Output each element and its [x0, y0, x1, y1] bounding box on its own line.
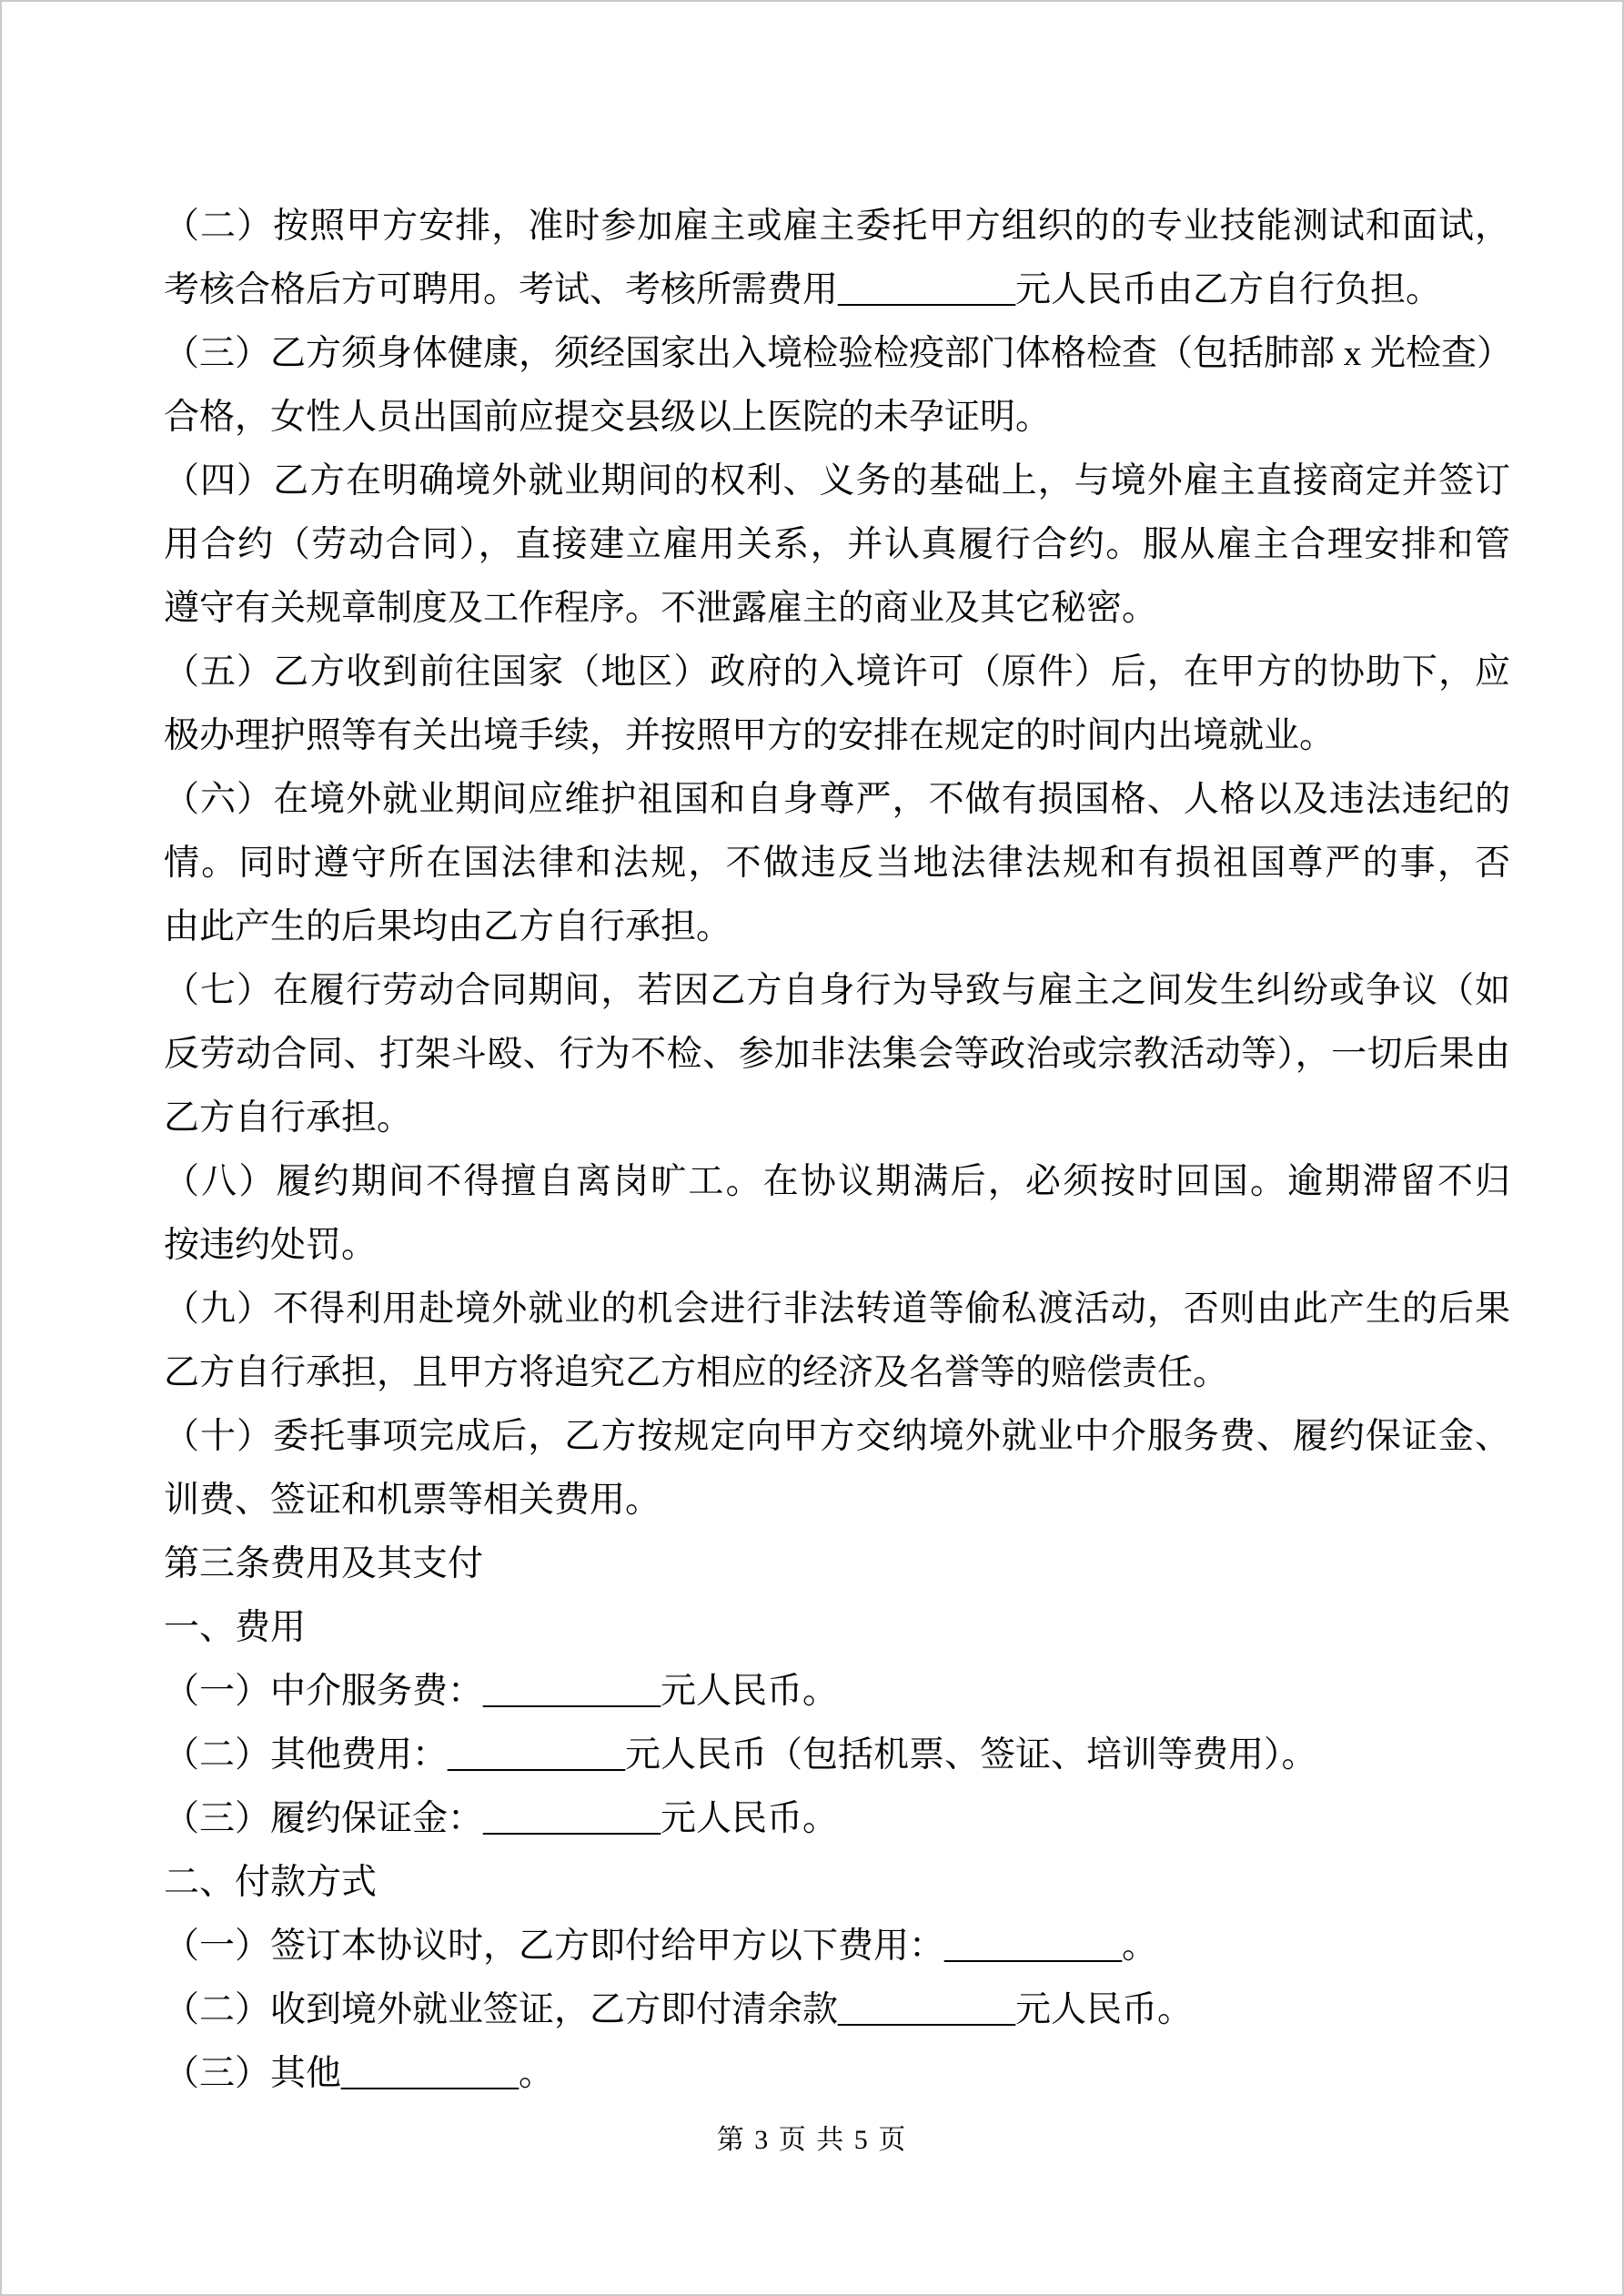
payment-item-3: （三）其他__________。	[164, 2042, 1510, 2106]
text-line: 情。同时遵守所在国法律和法规，不做违反当地法律法规和有损祖国尊严的事，否则，	[164, 832, 1510, 895]
text-line: （六）在境外就业期间应维护祖国和自身尊严，不做有损国格、人格以及违法违纪的事	[164, 768, 1510, 832]
fee-item-2: （二）其他费用：__________元人民币（包括机票、签证、培训等费用）。	[164, 1724, 1510, 1787]
clause-6: （六）在境外就业期间应维护祖国和自身尊严，不做有损国格、人格以及违法违纪的事情。…	[164, 768, 1510, 959]
text-line: 第三条费用及其支付	[164, 1532, 1510, 1596]
text-line: （三）其他__________。	[164, 2042, 1510, 2106]
fee-item-1: （一）中介服务费：__________元人民币。	[164, 1660, 1510, 1724]
clause-5: （五）乙方收到前往国家（地区）政府的入境许可（原件）后，在甲方的协助下，应积极办…	[164, 641, 1510, 768]
text-line: （一）签订本协议时，乙方即付给甲方以下费用：__________。	[164, 1915, 1510, 1978]
text-line: 遵守有关规章制度及工作程序。不泄露雇主的商业及其它秘密。	[164, 577, 1510, 641]
text-line: 反劳动合同、打架斗殴、行为不检、参加非法集会等政治或宗教活动等），一切后果由	[164, 1023, 1510, 1087]
text-line: 二、付款方式	[164, 1851, 1510, 1915]
contract-page: （二）按照甲方安排，准时参加雇主或雇主委托甲方组织的的专业技能测试和面试，经考核…	[0, 0, 1624, 2296]
clause-3: （三）乙方须身体健康，须经国家出入境检验检疫部门体格检查（包括肺部 x 光检查）…	[164, 322, 1510, 450]
payment-item-2: （二）收到境外就业签证，乙方即付清余款__________元人民币。	[164, 1978, 1510, 2042]
section-1-fees-heading: 一、费用	[164, 1596, 1510, 1660]
clause-7: （七）在履行劳动合同期间，若因乙方自身行为导致与雇主之间发生纠纷或争议（如违反劳…	[164, 959, 1510, 1150]
payment-item-1: （一）签订本协议时，乙方即付给甲方以下费用：__________。	[164, 1915, 1510, 1978]
text-line: （三）履约保证金：__________元人民币。	[164, 1787, 1510, 1851]
text-line: （四）乙方在明确境外就业期间的权利、义务的基础上，与境外雇主直接商定并签订雇	[164, 450, 1510, 513]
text-line: （七）在履行劳动合同期间，若因乙方自身行为导致与雇主之间发生纠纷或争议（如违	[164, 959, 1510, 1023]
page-number: 第 3 页 共 5 页	[2, 2122, 1622, 2159]
text-line: （二）其他费用：__________元人民币（包括机票、签证、培训等费用）。	[164, 1724, 1510, 1787]
clause-2: （二）按照甲方安排，准时参加雇主或雇主委托甲方组织的的专业技能测试和面试，经考核…	[164, 195, 1510, 322]
text-line: 极办理护照等有关出境手续，并按照甲方的安排在规定的时间内出境就业。	[164, 704, 1510, 768]
text-line: 一、费用	[164, 1596, 1510, 1660]
section-2-payment-heading: 二、付款方式	[164, 1851, 1510, 1915]
text-line: 由此产生的后果均由乙方自行承担。	[164, 895, 1510, 959]
text-line: （十）委托事项完成后，乙方按规定向甲方交纳境外就业中介服务费、履约保证金、培	[164, 1405, 1510, 1469]
text-line: （二）收到境外就业签证，乙方即付清余款__________元人民币。	[164, 1978, 1510, 2042]
text-line: 考核合格后方可聘用。考试、考核所需费用__________元人民币由乙方自行负担…	[164, 258, 1510, 322]
text-line: 训费、签证和机票等相关费用。	[164, 1469, 1510, 1532]
text-line: 用合约（劳动合同），直接建立雇用关系，并认真履行合约。服从雇主合理安排和管理，	[164, 513, 1510, 577]
text-line: （九）不得利用赴境外就业的机会进行非法转道等偷私渡活动，否则由此产生的后果由	[164, 1278, 1510, 1341]
document-body: （二）按照甲方安排，准时参加雇主或雇主委托甲方组织的的专业技能测试和面试，经考核…	[164, 195, 1510, 2106]
text-line: 乙方自行承担，且甲方将追究乙方相应的经济及名誉等的赔偿责任。	[164, 1341, 1510, 1405]
article-3-heading: 第三条费用及其支付	[164, 1532, 1510, 1596]
text-line: 按违约处罚。	[164, 1214, 1510, 1278]
text-line: （八）履约期间不得擅自离岗旷工。在协议期满后，必须按时回国。逾期滞留不归者，	[164, 1150, 1510, 1214]
text-line: （二）按照甲方安排，准时参加雇主或雇主委托甲方组织的的专业技能测试和面试，经	[164, 195, 1510, 258]
text-line: （五）乙方收到前往国家（地区）政府的入境许可（原件）后，在甲方的协助下，应积	[164, 641, 1510, 704]
clause-4: （四）乙方在明确境外就业期间的权利、义务的基础上，与境外雇主直接商定并签订雇用合…	[164, 450, 1510, 641]
text-line: （一）中介服务费：__________元人民币。	[164, 1660, 1510, 1724]
fee-item-3: （三）履约保证金：__________元人民币。	[164, 1787, 1510, 1851]
clause-10: （十）委托事项完成后，乙方按规定向甲方交纳境外就业中介服务费、履约保证金、培训费…	[164, 1405, 1510, 1532]
clause-8: （八）履约期间不得擅自离岗旷工。在协议期满后，必须按时回国。逾期滞留不归者，按违…	[164, 1150, 1510, 1278]
text-line: 乙方自行承担。	[164, 1087, 1510, 1150]
clause-9: （九）不得利用赴境外就业的机会进行非法转道等偷私渡活动，否则由此产生的后果由乙方…	[164, 1278, 1510, 1405]
text-line: （三）乙方须身体健康，须经国家出入境检验检疫部门体格检查（包括肺部 x 光检查）	[164, 322, 1510, 386]
text-line: 合格，女性人员出国前应提交县级以上医院的未孕证明。	[164, 386, 1510, 450]
